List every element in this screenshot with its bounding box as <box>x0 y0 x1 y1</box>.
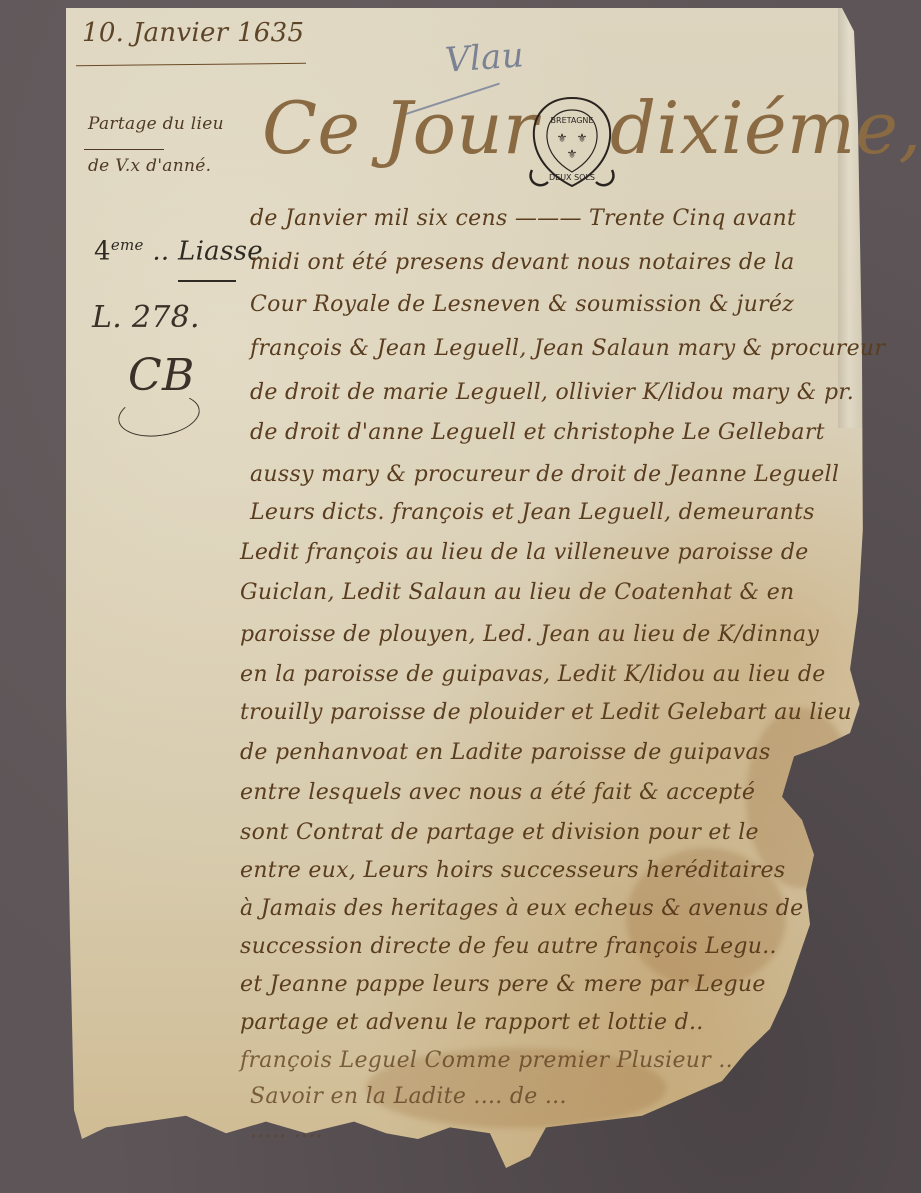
heading-ce-jour: Ce Jour <box>262 86 538 170</box>
svg-text:⚜: ⚜ <box>557 131 568 145</box>
svg-text:⚜: ⚜ <box>567 147 578 161</box>
body-line-3: Cour Royale de Lesneven & soumission & j… <box>250 292 794 317</box>
shelf-mark: L. 278. <box>92 300 200 335</box>
body-line-10: Guiclan, Ledit Salaun au lieu de Coatenh… <box>240 580 795 605</box>
body-line-12: en la paroisse de guipavas, Ledit K/lido… <box>240 662 826 687</box>
pencil-annotation: Vlau <box>444 35 525 80</box>
body-line-2: midi ont été presens devant nous notaire… <box>250 250 795 275</box>
liasse-number: 4 <box>94 237 111 267</box>
date-annotation: 10. Janvier 1635 <box>82 18 304 48</box>
svg-text:BRETAGNE: BRETAGNE <box>551 116 594 125</box>
body-line-16: sont Contrat de partage et division pour… <box>240 820 759 845</box>
body-line-5: de droit de marie Leguell, ollivier K/li… <box>250 380 854 405</box>
body-line-24: ..... .... <box>250 1118 323 1143</box>
heading-dixieme: dixiéme, <box>610 86 921 170</box>
body-line-18: à Jamais des heritages à eux echeus & av… <box>240 896 803 921</box>
body-line-4: françois & Jean Leguell, Jean Salaun mar… <box>250 336 885 361</box>
body-line-7: aussy mary & procureur de droit de Jeann… <box>250 462 839 487</box>
body-line-6: de droit d'anne Leguell et christophe Le… <box>250 420 825 445</box>
body-line-23: Savoir en la Ladite .... de ... <box>250 1084 567 1109</box>
body-line-15: entre lesquels avec nous a été fait & ac… <box>240 780 755 805</box>
margin-title-line2: de V.x d'anné. <box>88 156 211 176</box>
bretagne-deux-sols-stamp-icon: BRETAGNE ⚜ ⚜ ⚜ DEUX SOLS <box>518 90 626 198</box>
liasse-label: .. Liasse <box>152 237 263 267</box>
body-line-22: françois Leguel Comme premier Plusieur .… <box>240 1048 733 1073</box>
body-line-20: et Jeanne pappe leurs pere & mere par Le… <box>240 972 766 997</box>
svg-text:⚜: ⚜ <box>577 131 588 145</box>
body-line-19: succession directe de feu autre françois… <box>240 934 777 959</box>
body-line-14: de penhanvoat en Ladite paroisse de guip… <box>240 740 771 765</box>
body-line-1: de Janvier mil six cens ——— Trente Cinq … <box>250 206 796 231</box>
liasse-sup: eme <box>111 236 144 254</box>
liasse-underline <box>178 280 236 282</box>
body-line-21: partage et advenu le rapport et lottie d… <box>240 1010 704 1035</box>
liasse-note: 4eme .. Liasse <box>94 236 263 267</box>
body-line-11: paroisse de plouyen, Led. Jean au lieu d… <box>240 622 819 647</box>
body-line-9: Ledit françois au lieu de la villeneuve … <box>240 540 809 565</box>
svg-text:DEUX SOLS: DEUX SOLS <box>549 173 595 182</box>
body-line-13: trouilly paroisse de plouider et Ledit G… <box>240 700 852 725</box>
body-line-8: Leurs dicts. françois et Jean Leguell, d… <box>250 500 815 525</box>
margin-title-underline <box>84 149 164 150</box>
body-line-17: entre eux, Leurs hoirs successeurs heréd… <box>240 858 785 883</box>
margin-title-line1: Partage du lieu <box>88 114 224 134</box>
